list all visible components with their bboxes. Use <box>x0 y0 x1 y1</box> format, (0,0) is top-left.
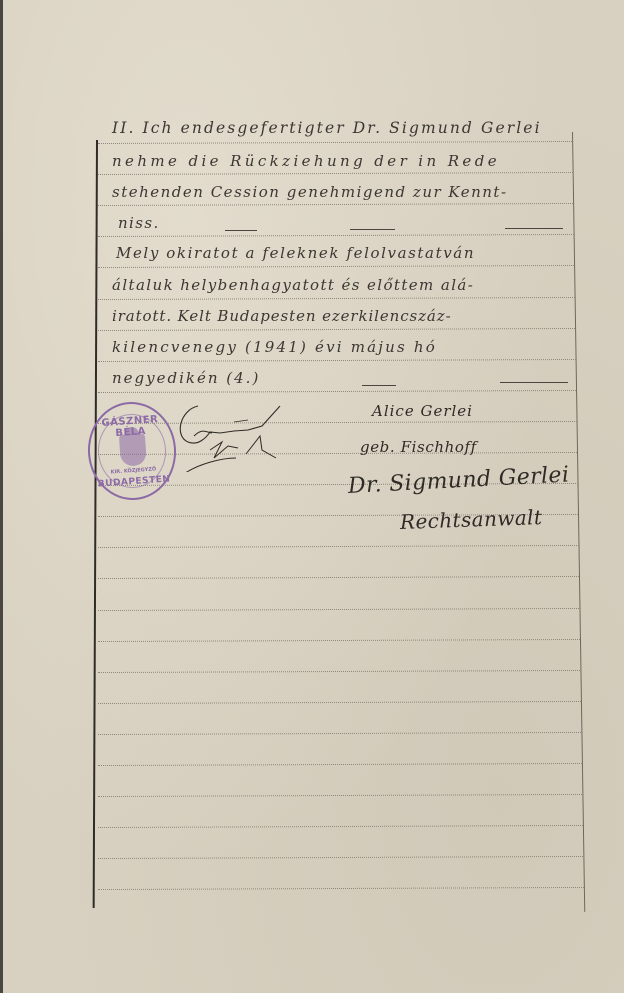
ruled-line <box>98 887 584 890</box>
ruled-line <box>98 794 582 797</box>
ruled-line <box>98 359 575 362</box>
document-page: II. Ich endesgefertigter Dr. Sigmund Ger… <box>0 0 624 993</box>
notary-stamp: GÁSZNER BÉLA KIR. KÖZJEGYZŐ BUDAPESTEN <box>85 399 180 503</box>
ruled-line <box>98 670 580 673</box>
ruled-line <box>98 576 579 579</box>
filler-dash <box>350 229 395 230</box>
filler-dash <box>505 228 563 229</box>
filler-dash <box>362 385 396 386</box>
body-line-5: Mely okiratot a feleknek felolvastatván <box>116 244 475 262</box>
body-line-8: kilencvenegy (1941) évi május hó <box>112 338 437 356</box>
ruled-line <box>98 296 575 299</box>
ruled-line <box>98 328 575 331</box>
coat-of-arms-icon <box>119 433 147 467</box>
ruled-line <box>98 701 581 704</box>
notary-signature-icon <box>176 402 286 472</box>
ruled-line <box>98 763 582 766</box>
ruled-line <box>98 141 572 144</box>
body-line-1: II. Ich endesgefertigter Dr. Sigmund Ger… <box>112 119 542 137</box>
body-line-2: nehme die Rückziehung der in Rede <box>112 152 500 170</box>
ruled-line <box>98 639 580 642</box>
body-line-7: iratott. Kelt Budapesten ezerkilencszáz- <box>112 307 452 325</box>
page-edge <box>0 0 3 993</box>
body-line-4: niss. <box>118 214 160 232</box>
signature-dr-sigmund-gerlei: Dr. Sigmund Gerlei <box>347 462 570 499</box>
body-line-6: általuk helybenhagyatott és előttem alá- <box>112 276 474 294</box>
filler-dash <box>500 382 568 383</box>
ruled-line <box>98 856 583 859</box>
body-line-9: negyedikén (4.) <box>112 369 260 387</box>
ruled-line <box>98 265 574 268</box>
ruled-line <box>98 825 583 828</box>
signature-rechtsanwalt: Rechtsanwalt <box>400 505 543 534</box>
ruled-line <box>98 172 573 175</box>
left-margin-line <box>93 140 98 908</box>
ruled-line <box>98 390 576 393</box>
ruled-line <box>98 545 578 548</box>
notary-signature <box>176 402 286 472</box>
signature-geb-fischhoff: geb. Fischhoff <box>360 438 477 456</box>
ruled-line <box>98 203 573 206</box>
filler-dash <box>225 230 257 231</box>
ruled-line <box>98 607 579 610</box>
signature-alice-gerlei: Alice Gerlei <box>372 402 473 420</box>
ruled-line <box>98 732 581 735</box>
body-line-3: stehenden Cession genehmigend zur Kennt- <box>112 183 508 201</box>
ruled-line <box>98 234 574 237</box>
